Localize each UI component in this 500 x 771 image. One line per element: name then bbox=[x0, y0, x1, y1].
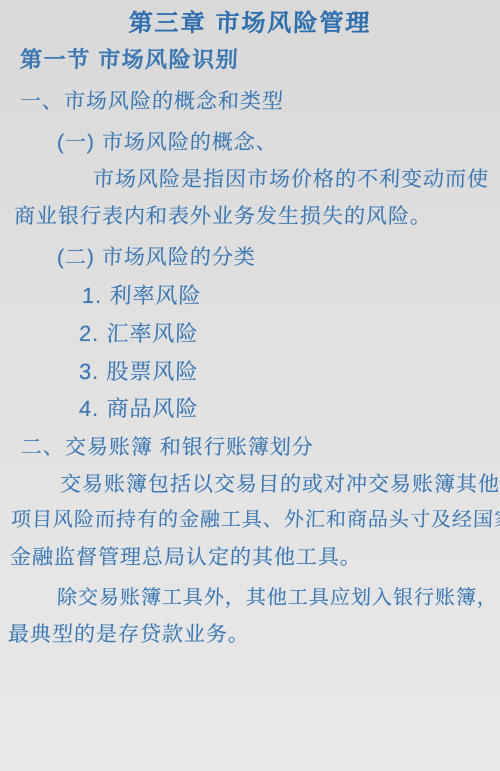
trading-book-paragraph-line-3: 金融监督管理总局认定的其他工具。 bbox=[10, 544, 363, 571]
trading-book-paragraph-line-1: 交易账簿包括以交易目的或对冲交易账簿其他 bbox=[60, 471, 500, 498]
chapter-title: 第三章 市场风险管理 bbox=[0, 8, 500, 39]
list-item-exchange-rate-risk: 2. 汇率风险 bbox=[79, 320, 199, 349]
list-item-interest-rate-risk: 1. 利率风险 bbox=[82, 282, 202, 311]
heading-concept-and-types: 一、市场风险的概念和类型 bbox=[20, 88, 285, 115]
trading-book-paragraph-line-2: 项目风险而持有的金融工具、外汇和商品头寸及经国家 bbox=[11, 507, 500, 533]
banking-book-paragraph-line-2: 最典型的是存贷款业务。 bbox=[8, 621, 251, 648]
subheading-market-risk-classification: (二) 市场风险的分类 bbox=[57, 244, 257, 271]
heading-trading-banking-book-division: 二、交易账簿 和银行账簿划分 bbox=[21, 434, 315, 461]
list-item-commodity-risk: 4. 商品风险 bbox=[79, 395, 199, 424]
definition-paragraph-line-1: 市场风险是指因市场价格的不利变动而使 bbox=[93, 166, 490, 193]
handwritten-notes-page: 第三章 市场风险管理 第一节 市场风险识别 一、市场风险的概念和类型 (一) 市… bbox=[0, 0, 500, 771]
section-heading: 第一节 市场风险识别 bbox=[20, 46, 240, 75]
subheading-market-risk-concept: (一) 市场风险的概念、 bbox=[57, 129, 279, 156]
banking-book-paragraph-line-1: 除交易账簿工具外，其他工具应划入银行账簿， bbox=[57, 585, 499, 611]
list-item-stock-risk: 3. 股票风险 bbox=[79, 358, 199, 387]
definition-paragraph-line-2: 商业银行表内和表外业务发生损失的风险。 bbox=[14, 203, 433, 230]
